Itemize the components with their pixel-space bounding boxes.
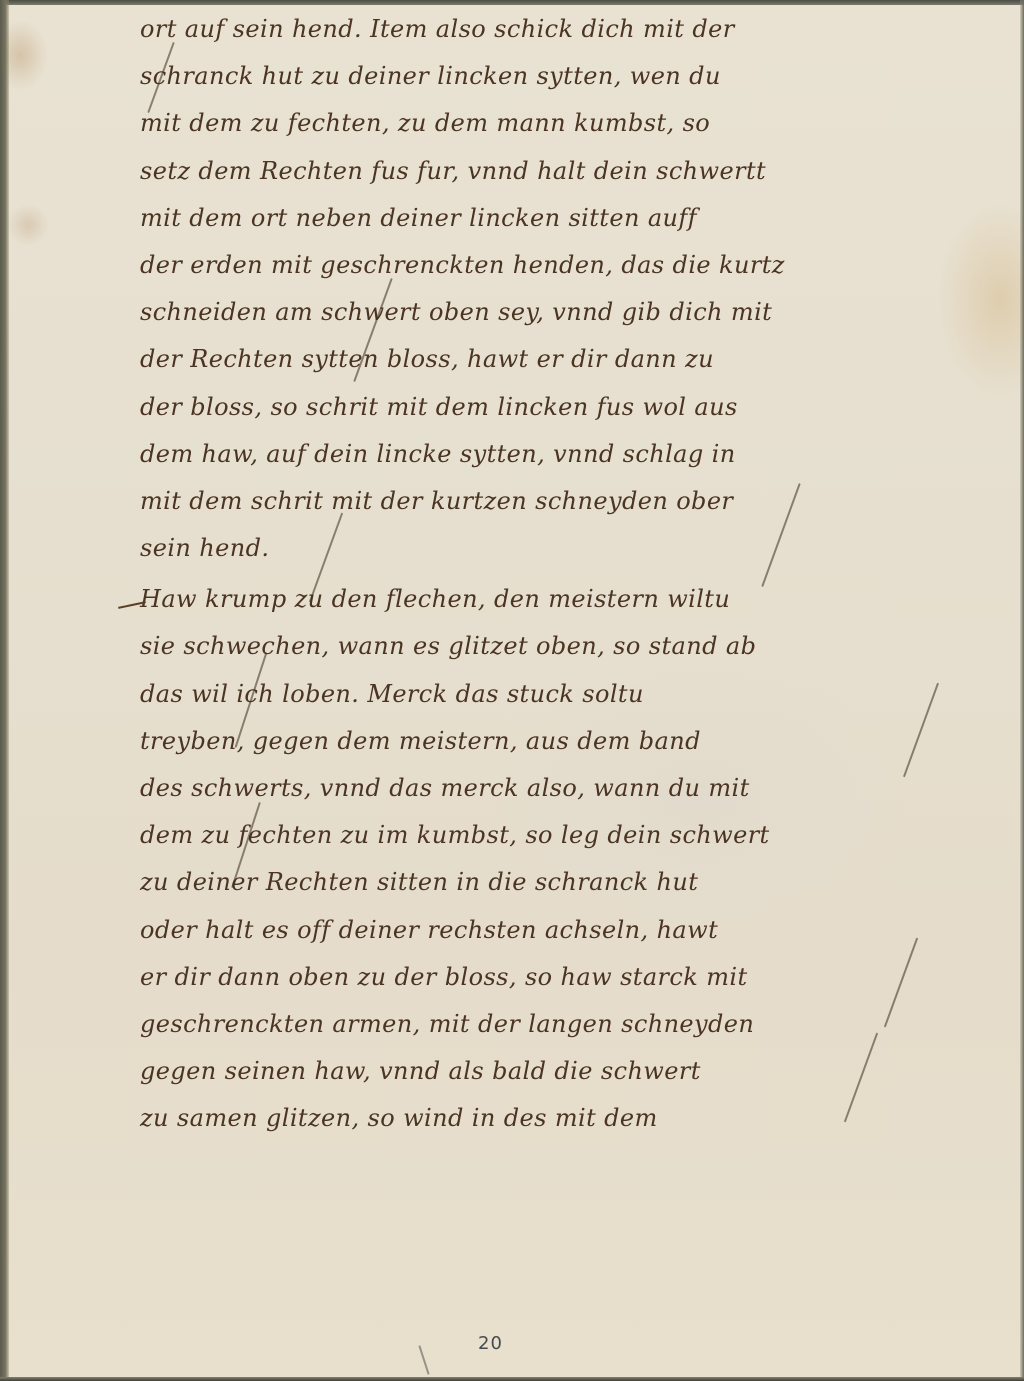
page-top-edge (0, 0, 1024, 5)
section-start-line: Haw krump zu den flechen, den meistern w… (140, 576, 1010, 623)
text-line: er dir dann oben zu der bloss, so haw st… (140, 954, 1010, 1001)
text-line: oder halt es off deiner rechsten achseln… (140, 907, 1010, 954)
folio-number: 20 (478, 1333, 503, 1354)
text-line: der Rechten sytten bloss, hawt er dir da… (140, 336, 1010, 383)
text-line: dem zu fechten zu im kumbst, so leg dein… (140, 812, 1010, 859)
text-line: dem haw, auf dein lincke sytten, vnnd sc… (140, 431, 1010, 478)
text-line: geschrenckten armen, mit der langen schn… (140, 1001, 1010, 1048)
text-line: setz dem Rechten fus fur, vnnd halt dein… (140, 148, 1010, 195)
text-line: schneiden am schwert oben sey, vnnd gib … (140, 289, 1010, 336)
binding-edge (0, 0, 9, 1381)
stray-pencil-mark (418, 1345, 429, 1374)
text-line: mit dem zu fechten, zu dem mann kumbst, … (140, 100, 1010, 147)
text-line: mit dem schrit mit der kurtzen schneyden… (140, 478, 1010, 525)
text-line: mit dem ort neben deiner lincken sitten … (140, 195, 1010, 242)
manuscript-page: ort auf sein hend. Item also schick dich… (0, 0, 1024, 1381)
manuscript-text: ort auf sein hend. Item also schick dich… (140, 6, 1010, 1143)
text-line: der erden mit geschrenckten henden, das … (140, 242, 1010, 289)
text-line: gegen seinen haw, vnnd als bald die schw… (140, 1048, 1010, 1095)
text-line: sie schwechen, wann es glitzet oben, so … (140, 623, 1010, 670)
page-right-edge (1020, 0, 1024, 1381)
text-line: ort auf sein hend. Item also schick dich… (140, 6, 1010, 53)
page-bottom-edge (0, 1377, 1024, 1381)
text-line: treyben, gegen dem meistern, aus dem ban… (140, 718, 1010, 765)
text-line: das wil ich loben. Merck das stuck soltu (140, 671, 1010, 718)
text-line: zu deiner Rechten sitten in die schranck… (140, 859, 1010, 906)
text-line: zu samen glitzen, so wind in des mit dem (140, 1095, 1010, 1142)
text-line: schranck hut zu deiner lincken sytten, w… (140, 53, 1010, 100)
text-line: sein hend. (140, 525, 1010, 572)
text-line: des schwerts, vnnd das merck also, wann … (140, 765, 1010, 812)
text-line: der bloss, so schrit mit dem lincken fus… (140, 384, 1010, 431)
